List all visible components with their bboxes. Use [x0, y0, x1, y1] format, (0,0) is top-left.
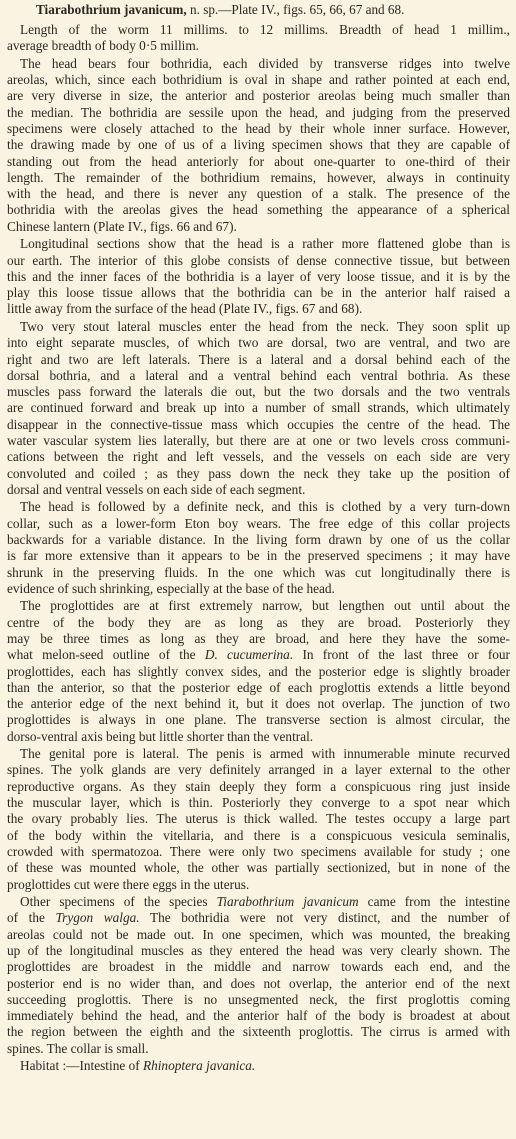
paragraph-line: of the body within the vitellaria, and t… [7, 828, 510, 844]
body-text: Length of the worm 11 millims. to 12 mil… [7, 22, 510, 1075]
paragraph-line: posterior end is no wider than, and does… [7, 976, 510, 992]
paragraph-line: dorsal and ventral vessels on each side … [7, 482, 510, 498]
paragraph-line: immediately behind the head, and the ant… [7, 1008, 510, 1024]
paragraph-line: standing out from the head anteriorly fo… [7, 154, 510, 170]
paragraph-line: the median. The bothridia are sessile up… [7, 105, 510, 121]
paragraph-line: our earth. The interior of this globe co… [7, 253, 510, 269]
paragraph-line: muscles pass forward the laterals die ou… [7, 384, 510, 400]
paragraph-line: the ovary probably lies. The uterus is t… [7, 811, 510, 827]
paragraph-line: collar, such as a lower-form Eton boy we… [7, 516, 510, 532]
paragraph-first-line: The genital pore is lateral. The penis i… [7, 746, 510, 762]
paragraph-line: Chinese lantern (Plate IV., figs. 66 and… [7, 219, 510, 235]
paragraph-line: play this loose tissue allows that the b… [7, 285, 510, 301]
paragraph-line: dorso-ventral axis being but little shor… [7, 729, 510, 745]
paragraph-line: specimens were closely attached to the h… [7, 121, 510, 137]
paragraph-line: this and the inner faces of the bothridi… [7, 269, 510, 285]
paragraph-line: of these was mounted whole, the other wa… [7, 860, 510, 876]
paragraph-line: with the head, and there is never any qu… [7, 186, 510, 202]
species-name: Tiarabothrium javanicum, [36, 2, 187, 17]
paragraph-line: dorsal bothria, and a lateral and a vent… [7, 368, 510, 384]
paragraph-line: the anterior edge of the next behind it,… [7, 696, 510, 712]
paragraph-line: are very diverse in size, the anterior a… [7, 88, 510, 104]
paragraph-line: proglottides, each has slightly convex s… [7, 664, 510, 680]
paragraph-line: centre of the body they are as long as t… [7, 615, 510, 631]
paragraph-line: little away from the surface of the head… [7, 301, 510, 317]
paragraph-first-line: The head is followed by a definite neck,… [7, 499, 510, 515]
paragraph-first-line: The head bears four bothridia, each divi… [7, 56, 510, 72]
paragraph-first-line: The proglottides are at first extremely … [7, 598, 510, 614]
paragraph-line: proglottides cut were there eggs in the … [7, 877, 510, 893]
paragraph-line: disappear in the connective-tissue mass … [7, 417, 510, 433]
paragraph-line: proglottides are broadest in the middle … [7, 959, 510, 975]
paragraph-line: average breadth of body 0·5 millim. [7, 38, 510, 54]
paragraph-line: reproductive organs. As they stain deepl… [7, 779, 510, 795]
section-heading: Tiarabothrium javanicum, n. sp.—Plate IV… [36, 2, 404, 18]
italic-taxon-name: D. cucumerina. [205, 647, 293, 662]
paragraph-line: crowded with spermatozoa. There were onl… [7, 844, 510, 860]
paragraph-line: the muscular layer, which is thin. Poste… [7, 795, 510, 811]
italic-taxon-name: Tiarabothrium javanicum [217, 894, 359, 909]
paragraph-line: succeeding proglottis. There is no unseg… [7, 992, 510, 1008]
paragraph-line: spines. The yolk glands are very definit… [7, 762, 510, 778]
paragraph-line: than the anterior, so that the posterior… [7, 680, 510, 696]
paragraph-line: may be three times as long as they are b… [7, 631, 510, 647]
paragraph-line: shrunk in the preserving fluids. In the … [7, 565, 510, 581]
paragraph-line: bothridia with the areolas gives the hea… [7, 202, 510, 218]
paragraph-line: convoluted and coiled ; as they pass dow… [7, 466, 510, 482]
paragraph-line: areolas, which, since each bothridium is… [7, 72, 510, 88]
paragraph-line: cations between the right and left vesse… [7, 449, 510, 465]
paragraph-first-line: Other specimens of the species Tiaraboth… [7, 894, 510, 910]
paragraph-line: what melon-seed outline of the D. cucume… [7, 647, 510, 663]
paragraph-line: proglottides is always in one plane. The… [7, 712, 510, 728]
paragraph-first-line: Habitat :—Intestine of Rhinoptera javani… [7, 1058, 510, 1074]
heading-plate-reference: n. sp.—Plate IV., figs. 65, 66, 67 and 6… [187, 2, 405, 17]
paragraph-line: are continued forward and break up into … [7, 400, 510, 416]
paragraph-line: into eight separate muscles, of which tw… [7, 335, 510, 351]
paragraph-line: areolas could not be made out. In one sp… [7, 927, 510, 943]
italic-taxon-name: Rhinoptera javanica. [143, 1058, 255, 1073]
paragraph-line: evidence of such shrinking, especially a… [7, 581, 510, 597]
paragraph-line: water vascular system lies laterally, bu… [7, 433, 510, 449]
paragraph-line: length. The remainder of the bothridium … [7, 170, 510, 186]
paragraph-line: spines. The collar is small. [7, 1041, 510, 1057]
paragraph-line: the region between the eighth and the si… [7, 1024, 510, 1040]
paragraph-line: up of the longitudinal muscles as they e… [7, 943, 510, 959]
document-page: Tiarabothrium javanicum, n. sp.—Plate IV… [0, 0, 516, 1139]
paragraph-line: the drawing made by one of us of a livin… [7, 137, 510, 153]
paragraph-line: is far more extensive than it appears to… [7, 548, 510, 564]
paragraph-first-line: Length of the worm 11 millims. to 12 mil… [7, 22, 510, 38]
paragraph-line: right and two are left laterals. There i… [7, 352, 510, 368]
paragraph-line: of the Trygon walga. The bothridia were … [7, 910, 510, 926]
paragraph-line: backwards for a variable distance. In th… [7, 532, 510, 548]
italic-taxon-name: Trygon walga. [56, 910, 140, 925]
paragraph-first-line: Longitudinal sections show that the head… [7, 236, 510, 252]
paragraph-first-line: Two very stout lateral muscles enter the… [7, 319, 510, 335]
